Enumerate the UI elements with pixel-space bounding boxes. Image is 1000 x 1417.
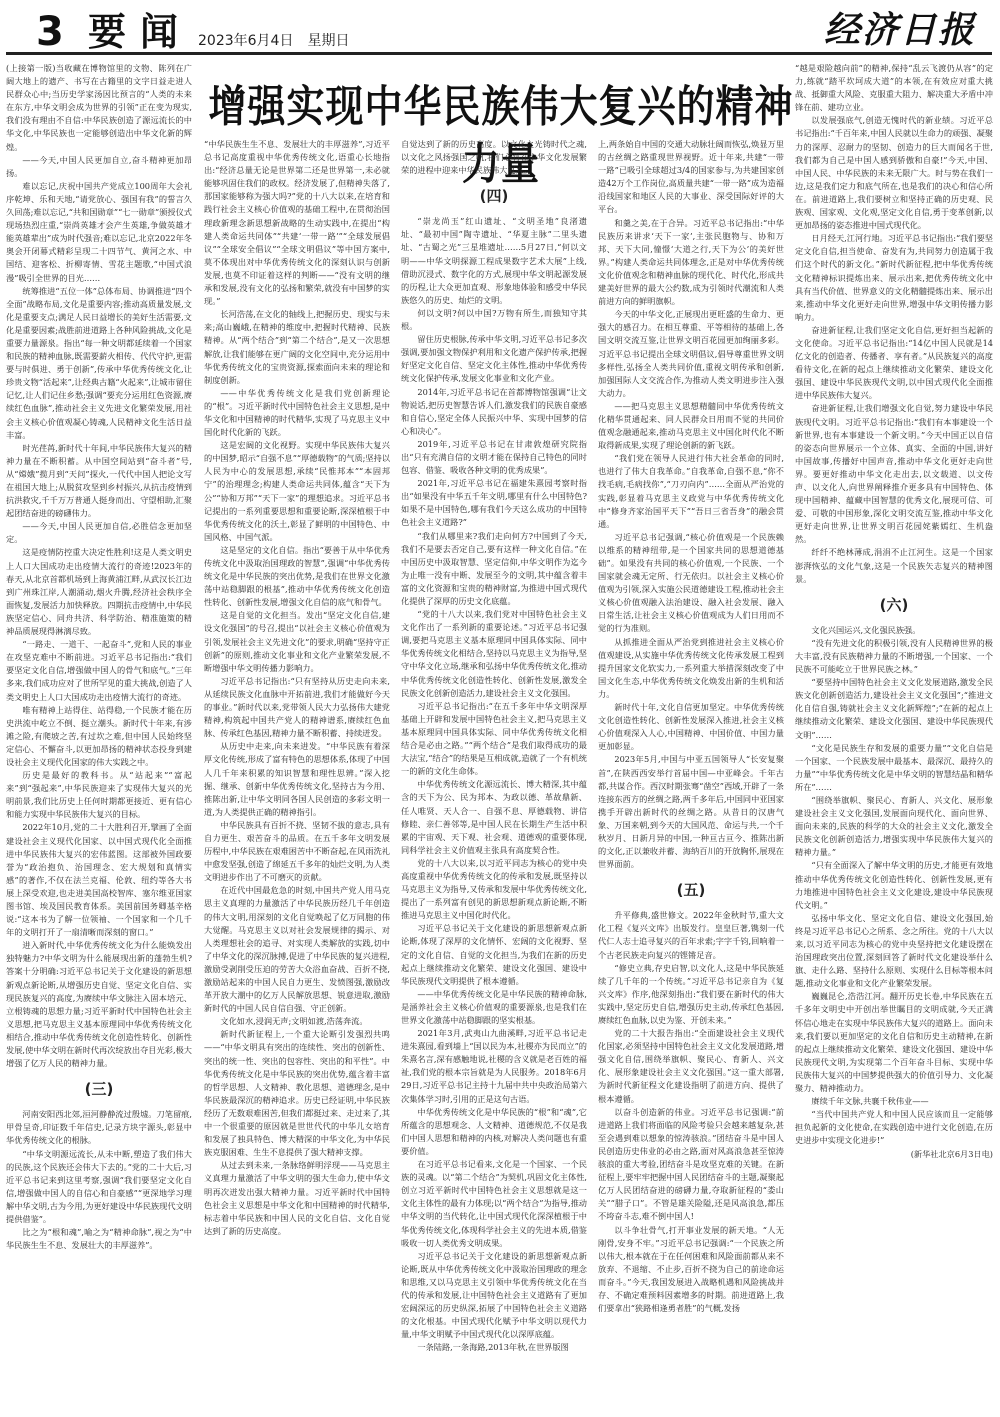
paragraph: 留住历史根脉,传承中华文明,习近平总书记多次强调,要加强文物保护利用和文化遗产保… (401, 333, 587, 385)
paragraph: 从抓推进全面从严治党到推进社会主义核心价值观建设,从实施中华优秀传统文化传承发展… (598, 636, 784, 701)
paragraph: ——中华优秀传统文化是中华民族的精神命脉,是涵养社会主义核心价值观的重要源泉,也… (401, 988, 587, 1027)
dateline: (新华社北京6月3日电) (795, 1148, 993, 1161)
paragraph: 巍巍昆仑,浩浩江河。翻开历史长卷,中华民族在五千多年文明史中开创出举世瞩目的文明… (795, 990, 993, 1095)
paragraph: 以斗争壮骨气,打开事业发展的新天地。“人无刚骨,安身不牢。”习近平总书记强调:“… (598, 1224, 784, 1316)
paragraph: 从过去到未来,一条脉络鲜明浮现——马克思主义真理力量激活了中华文明的强大生命力,… (204, 1159, 390, 1238)
paragraph: 长河浩荡,在文化的轴线上,把握历史、现实与未来;高山巍峨,在精神的维度中,把握时… (204, 308, 390, 387)
paragraph: 以发展强底气,创造无愧时代的新业绩。习近平总书记指出:“千百年来,中国人民就以生… (795, 114, 993, 232)
paragraph: 习近平总书记指出:“只有坚持从历史走向未来,从延续民族文化血脉中开拓前进,我们才… (204, 675, 390, 740)
article-column-2: “中华民族生生不息、发展壮大的丰厚滋养”,习近平总书记高度重视中华优秀传统文化,… (204, 138, 390, 1412)
paragraph: 奋进新征程,让我们坚定文化自信,更好担当起新的文化使命。习近平总书记指出:“14… (795, 324, 993, 403)
paragraph: 2023年5月,中国与中亚五国领导人“长安复聚首”,在陕西西安举行首届中国—中亚… (598, 753, 784, 871)
paragraph: 这是坚定的文化自信。指出“要善于从中华优秀传统文化中汲取治国理政的智慧”,强调“… (204, 544, 390, 609)
article-column-4: 上,两条始自中国的交通大动脉壮阔而恢弘,焕显万里的古丝绸之路重现世界视野。近十年… (598, 138, 784, 1412)
paragraph: 难以忘记,庆祝中国共产党成立100周年大会礼序乾坤、乐和天地,“请党放心、强国有… (6, 180, 192, 285)
paragraph: “要坚持中国特色社会主义文化发展道路,激发全民族文化创新创造活力,建设社会主义文… (795, 676, 993, 741)
paragraph: 进入新时代,中华优秀传统文化为什么能焕发出独特魅力?中华文明为什么能展现出新的蓬… (6, 939, 192, 1070)
paragraph: 历史是最好的教科书。从“站起来”“富起来”到“强起来”,中华民族迎来了实现伟大复… (6, 769, 192, 821)
paragraph: (上接第一版)当收藏在博物馆里的文物、陈列在广阔大地上的遗产、书写在古籍里的文字… (6, 62, 192, 154)
paragraph: 弘扬中华文化、坚定文化自信、建设文化强国,始终是习近平总书记心之所系、念之所往。… (795, 912, 993, 991)
issue-date: 2023年6月4日 星期日 (198, 30, 349, 50)
paragraph: 在习近平总书记看来,文化是一个国家、一个民族的灵魂。以“第二个结合”为契机,巩固… (401, 1158, 587, 1250)
paragraph: 中华优秀传统文化源远流长、博大精深,其中蕴含的天下为公、民为邦本、为政以德、革故… (401, 778, 587, 857)
article-column-5: “越是艰险越向前”的精神,保持“乱云飞渡仍从容”的定力,练就“踏平坎坷成大道”的… (795, 62, 993, 1412)
section-marker: (六) (795, 590, 993, 620)
paragraph: 党的十八大以来,以习近平同志为核心的党中央高度重视中华优秀传统文化的传承和发展,… (401, 857, 587, 922)
paragraph: “围绕举旗帜、聚民心、育新人、兴文化、展形象建设社会主义文化强国,发展面向现代化… (795, 794, 993, 859)
paragraph: “我们从哪里来?我们走向何方?中国到了今天,我们不是要去否定自己,要有这样一种文… (401, 530, 587, 609)
paragraph: 习近平总书记关于文化建设的新思想新观点新论断,体现了深厚的文化情怀、宏阔的文化视… (401, 922, 587, 987)
article-column-1: (上接第一版)当收藏在博物馆里的文物、陈列在广阔大地上的遗产、书写在古籍里的文字… (6, 62, 192, 1412)
paragraph: 2022年10月,党的二十大胜利召开,擘画了全面建设社会主义现代化国家、以中国式… (6, 821, 192, 939)
paragraph: 自觉达到了新的历史高度。以文化之光铸时代之魂,以文化之风扬强国之帆,我们必将在中… (401, 138, 587, 177)
paragraph: 中华民族具有百折不挠、坚韧不拔的意志,具有自力更生、艰苦奋斗的品质。在五千多年文… (204, 819, 390, 884)
paragraph: 比之为“根和魂”,喻之为“精神命脉”,视之为“中华民族生生不息、发展壮大的丰厚滋… (6, 1226, 192, 1252)
paragraph: 这是疫情防控重大决定性胜利!这是人类文明史上人口大国成功走出疫情大流行的奇迹!2… (6, 546, 192, 638)
paragraph: 统筹推进“五位一体”总体布局、协调推进“四个全面”战略布局,文化是重要内容;推动… (6, 285, 192, 442)
paragraph: 习近平总书记强调,“核心价值观是一个民族赖以维系的精神纽带,是一个国家共同的思想… (598, 531, 784, 636)
paragraph: “文化是民族生存和发展的重要力量”“文化自信是一个国家、一个民族发展中最基本、最… (795, 742, 993, 794)
paragraph: 在近代中国最危急的时刻,中国共产党人用马克思主义真理的力量激活了中华民族历经几千… (204, 884, 390, 1015)
section-marker: (三) (6, 1074, 192, 1104)
paragraph: 2021年,习近平总书记在福建朱熹园考察时指出“如果没有中华五千年文明,哪里有什… (401, 477, 587, 529)
paragraph: 纤纤不绝林薄成,涓涓不止江河生。这是一个国家澎湃恢弘的文化气象,这是一个民族矢志… (795, 546, 993, 585)
paragraph: ——把马克思主义思想精髓同中华优秀传统文化精华贯通起来、同人民群众日用而不觉的共… (598, 400, 784, 452)
paragraph: 何以文明?何以中国?万物有所生,而独知守其根。 (401, 307, 587, 333)
section-marker: (五) (598, 875, 784, 905)
paragraph: 奋进新征程,让我们增强文化自觉,努力建设中华民族现代文明。习近平总书记指出:“我… (795, 402, 993, 546)
paragraph: “崇龙尚玉”红山遗址、“文明圣地”良渚遗址、“最初中国”陶寺遗址、“华夏主脉”二… (401, 215, 587, 307)
paragraph: 时光荏苒,新时代十年间,中华民族伟大复兴的精神力量在不断积蓄。从中国空间站到“奋… (6, 442, 192, 521)
section-marker: (四) (401, 181, 587, 211)
masthead: 3 要闻 2023年6月4日 星期日 经济日报 (0, 0, 1000, 56)
paragraph: 党的二十大报告指出:“全面建设社会主义现代化国家,必须坚持中国特色社会主义文化发… (598, 1027, 784, 1106)
paragraph: 上,两条始自中国的交通大动脉壮阔而恢弘,焕显万里的古丝绸之路重现世界视野。近十年… (598, 138, 784, 217)
article-column-3: 自觉达到了新的历史高度。以文化之光铸时代之魂,以文化之风扬强国之帆,我们必将在中… (401, 138, 587, 1412)
newspaper-logo: 经济日报 (824, 8, 976, 52)
paragraph: ——中华优秀传统文化是我们党创新理论的“根”。习近平新时代中国特色社会主义思想,… (204, 387, 390, 439)
paragraph: “党的十八大以来,我们党对中国特色社会主义文化作出了一系列新的重要论述。”习近平… (401, 608, 587, 700)
paragraph: “中华民族生生不息、发展壮大的丰厚滋养”,习近平总书记高度重视中华优秀传统文化,… (204, 138, 390, 308)
paragraph: 和羹之美,在于合异。习近平总书记指出:“中华民族历来讲求‘天下一家’,主张民胞物… (598, 217, 784, 309)
paragraph: ——今天,中国人民更加自信,必胜信念更加坚定。 (6, 520, 192, 546)
paragraph: 新时代十年,文化自信更加坚定。中华优秀传统文化创造性转化、创新性发展深入推进,社… (598, 701, 784, 753)
paragraph: 今天的中华文化,正展现出更旺盛的生命力、更强大的感召力。在相互尊重、平等相待的基… (598, 308, 784, 400)
paragraph: 中华优秀传统文化是中华民族的“根”和“魂”,它所蕴含的思想观念、人文精神、道德规… (401, 1106, 587, 1158)
section-title: 要闻 (88, 12, 192, 52)
masthead-rule (6, 52, 992, 55)
paragraph: “当代中国共产党人和中国人民应该而且一定能够担负起新的文化使命,在实践创造中进行… (795, 1108, 993, 1147)
paragraph: “中华文明源远流长,从未中断,塑造了我们伟大的民族,这个民族还会伟大下去的。”党… (6, 1148, 192, 1227)
paragraph: 赓续千年文脉,共襄千秋伟业—— (795, 1095, 993, 1108)
paragraph: 日月经天,江河行地。习近平总书记指出:“我们要坚定文化自信,担当使命、奋发有为,… (795, 232, 993, 324)
paragraph: “只有全面深入了解中华文明的历史,才能更有效地推动中华优秀传统文化创造性转化、创… (795, 859, 993, 911)
paragraph: ——今天,中国人民更加自立,奋斗精神更加昂扬。 (6, 154, 192, 180)
paragraph: 河南安阳西北郊,洹河静静流过殷墟。刀笔留痕,甲骨呈奇,印证数千年信史,记录方块字… (6, 1108, 192, 1147)
paragraph: 这是自觉的文化担当。发出“坚定文化自信,建设文化强国”的号召,提出“以社会主义核… (204, 609, 390, 674)
paragraph: “越是艰险越向前”的精神,保持“乱云飞渡仍从容”的定力,练就“踏平坎坷成大道”的… (795, 62, 993, 114)
paragraph: 习近平总书记关于文化建设的新思想新观点新论断,既从中华优秀传统文化中汲取治国理政… (401, 1250, 587, 1342)
paragraph: 2019年,习近平总书记在甘肃敦煌研究院指出“只有充满自信的文明才能在保持自己特… (401, 438, 587, 477)
paragraph: 2014年,习近平总书记在首都博物馆强调“让文物说话,把历史智慧告诉人们,激发我… (401, 386, 587, 438)
paragraph: 新时代新征程上,一个重大论断引发强烈共鸣——“中华文明具有突出的连续性、突出的创… (204, 1028, 390, 1159)
paragraph: 文化如水,浸润无声;文明如渡,浩荡奔流。 (204, 1015, 390, 1028)
paragraph: 唯有精神上站得住、站得稳,一个民族才能在历史洪流中屹立不倒、挺立潮头。新时代十年… (6, 704, 192, 769)
paragraph: 习近平总书记指出:“在五千多年中华文明深厚基础上开辟和发展中国特色社会主义,把马… (401, 700, 587, 779)
paragraph: “我们党在领导人民进行伟大社会革命的同时,也进行了伟大自我革命。”自我革命,自强… (598, 452, 784, 531)
paragraph: 一条陆路,一条海路,2013年秋,在世界版图 (401, 1341, 587, 1354)
paragraph: “没有先进文化的积极引领,没有人民精神世界的极大丰富,没有民族精神力量的不断增强… (795, 637, 993, 676)
paragraph: “修史立典,存史启智,以文化人,这是中华民族延续了几千年的一个传统。”习近平总书… (598, 962, 784, 1027)
paragraph: 以奋斗创造新的伟业。习近平总书记强调:“前进道路上我们将面临的风险考验只会越来越… (598, 1106, 784, 1224)
paragraph: 升平修典,盛世修文。2022年金秋时节,重大文化工程《复兴文库》出版发行。皇皇巨… (598, 909, 784, 961)
page-number: 3 (36, 12, 64, 52)
paragraph: 这是宏阔的文化视野。实现中华民族伟大复兴的中国梦,昭示“自强不息”“厚德载物”的… (204, 439, 390, 544)
paragraph: “一路走、一道干、一起奋斗”,党和人民的事业在攻坚克难中不断前进。习近平总书记指… (6, 638, 192, 703)
paragraph: 文化兴国运兴,文化强民族强。 (795, 624, 993, 637)
paragraph: 2021年3月,武夷山九曲溪畔,习近平总书记走进朱熹园,看到墙上“国以民为本,社… (401, 1027, 587, 1106)
paragraph: 从历史中走来,向未来进发。“中华民族有着深厚文化传统,形成了富有特色的思想体系,… (204, 740, 390, 819)
